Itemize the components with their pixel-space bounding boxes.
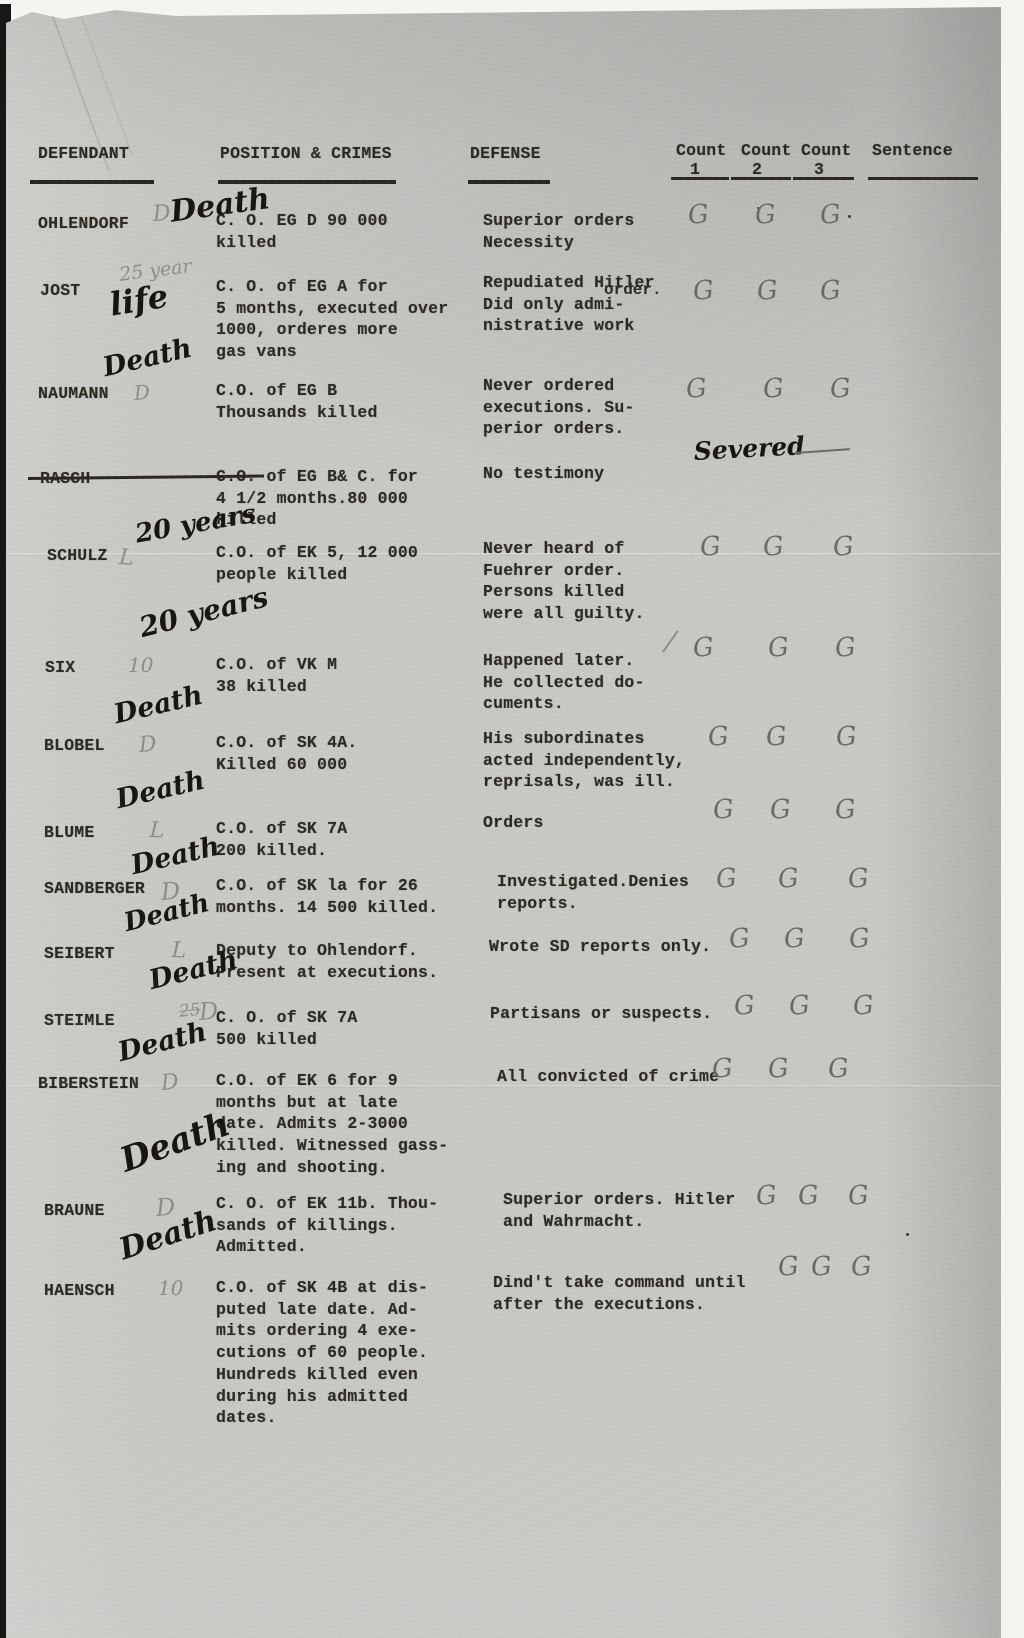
guilty-mark: G xyxy=(783,923,806,955)
position-crimes-text: Deputy to Ohlendorf. Present at executio… xyxy=(216,940,478,983)
defense-text: Dind't take command until after the exec… xyxy=(493,1272,773,1315)
defense-text: Partisans or suspects. xyxy=(490,1003,770,1025)
handwritten-annotation: L xyxy=(118,545,134,571)
defendant-name: BLOBEL xyxy=(44,735,105,757)
guilty-mark: G xyxy=(797,1180,820,1212)
guilty-mark: G xyxy=(733,990,756,1022)
paper-speck xyxy=(848,215,851,218)
guilty-mark: G xyxy=(852,990,875,1022)
handwritten-annotation: D xyxy=(138,732,157,758)
handwritten-annotation: L xyxy=(149,818,164,843)
guilty-mark: G xyxy=(777,1251,800,1283)
guilty-mark: G xyxy=(847,1180,870,1212)
defense-text: Happened later. He collected do- cuments… xyxy=(483,650,763,715)
guilty-mark: G xyxy=(777,863,800,895)
position-crimes-text: C. O. of EG A for 5 months, executed ove… xyxy=(216,276,478,363)
handwritten-annotation: Severed xyxy=(693,431,805,466)
guilty-mark: G xyxy=(707,721,730,753)
guilty-mark: G xyxy=(754,199,777,231)
handwritten-annotation: Death xyxy=(115,1016,210,1068)
column-header-position-crimes: POSITION & CRIMES xyxy=(220,143,392,165)
handwritten-annotation: D xyxy=(133,380,151,405)
defense-text: Superior orders. Hitler and Wahrmacht. xyxy=(503,1189,783,1232)
guilty-mark: G xyxy=(788,990,811,1022)
defense-text: Never ordered executions. Su- perior ord… xyxy=(483,375,763,440)
paper: DEFENDANT POSITION & CRIMES DEFENSE Coun… xyxy=(6,7,1001,1638)
typed-insert-text: order. xyxy=(604,281,662,299)
guilty-mark: G xyxy=(827,1053,850,1085)
defense-text: No testimony xyxy=(483,463,763,485)
guilty-mark: G xyxy=(769,794,792,826)
defendant-name: BIBERSTEIN xyxy=(38,1073,139,1095)
handwritten-annotation: Death xyxy=(111,680,206,730)
guilty-mark: G xyxy=(715,863,738,895)
column-header-count-1: Count xyxy=(676,140,727,162)
position-crimes-text: C. O. of SK 7A 500 killed xyxy=(216,1007,478,1050)
position-crimes-text: C.O. of EK 5, 12 000 people killed xyxy=(216,542,478,585)
defendant-name: NAUMANN xyxy=(38,383,109,405)
guilty-mark: G xyxy=(756,275,779,307)
defendant-name: STEIMLE xyxy=(44,1010,115,1032)
guilty-mark: G xyxy=(692,275,715,307)
defendant-name: SEIBERT xyxy=(44,943,115,965)
guilty-mark: G xyxy=(765,721,788,753)
position-crimes-text: C.O. of VK M 38 killed xyxy=(216,654,478,697)
position-crimes-text: C.O. of SK 4B at dis- puted late date. A… xyxy=(216,1277,478,1429)
column-header-sentence: Sentence xyxy=(872,140,953,162)
paper-speck xyxy=(906,1233,909,1236)
header-underline-defendant xyxy=(30,180,154,184)
defendant-name: SCHULZ xyxy=(47,545,108,567)
column-header-defendant: DEFENDANT xyxy=(38,143,129,165)
count-1-underline xyxy=(671,177,729,180)
document-scan: DEFENDANT POSITION & CRIMES DEFENSE Coun… xyxy=(0,0,1024,1638)
position-crimes-text: C.O. of SK 7A 200 killed. xyxy=(216,818,478,861)
guilty-mark: G xyxy=(832,531,855,563)
guilty-mark: G xyxy=(819,275,842,307)
handwritten-annotation: life xyxy=(107,277,171,324)
defense-text: Wrote SD reports only. xyxy=(489,936,769,958)
position-crimes-text: C.O. of SK 4A. Killed 60 000 xyxy=(216,732,478,775)
guilty-mark: G xyxy=(810,1251,833,1283)
guilty-mark: G xyxy=(848,923,871,955)
handwritten-annotation: Death xyxy=(100,333,195,383)
count-3-underline xyxy=(793,177,854,180)
column-header-count-2: Count xyxy=(741,140,792,162)
handwritten-annotation: 10 xyxy=(158,1276,183,1300)
sentence-underline xyxy=(868,177,978,180)
position-crimes-text: C.O. of EG B Thousands killed xyxy=(216,380,478,423)
guilty-mark: G xyxy=(728,923,751,955)
handwritten-annotation: 10 xyxy=(128,653,153,677)
guilty-mark: G xyxy=(687,199,710,231)
guilty-mark: G xyxy=(711,1053,734,1085)
guilty-mark: G xyxy=(712,794,735,826)
guilty-mark: G xyxy=(762,531,785,563)
position-crimes-text: C.O. of SK la for 26 months. 14 500 kill… xyxy=(216,875,478,918)
handwritten-annotation: Death xyxy=(128,831,223,881)
header-underline-defense xyxy=(468,180,550,184)
guilty-mark: G xyxy=(767,632,790,664)
guilty-mark: G xyxy=(819,199,842,231)
count-2-underline xyxy=(731,177,791,180)
guilty-mark: G xyxy=(699,531,722,563)
guilty-mark: G xyxy=(835,721,858,753)
guilty-mark: G xyxy=(829,373,852,405)
defendant-name: SIX xyxy=(45,657,75,679)
guilty-mark: G xyxy=(847,863,870,895)
handwritten-annotation: Death xyxy=(113,765,208,815)
handwritten-annotation: 20 years xyxy=(136,580,272,644)
guilty-mark: G xyxy=(767,1053,790,1085)
guilty-mark: G xyxy=(834,794,857,826)
position-crimes-text: C.O. of EK 6 for 9 months but at late da… xyxy=(216,1070,478,1179)
position-crimes-text: C. O. of EK 11b. Thou- sands of killings… xyxy=(216,1193,478,1258)
defendant-name: BLUME xyxy=(44,822,95,844)
defendant-name: OHLENDORF xyxy=(38,213,129,235)
guilty-mark: G xyxy=(850,1251,873,1283)
handwritten-annotation: Death xyxy=(146,944,241,996)
column-header-count-3: Count xyxy=(801,140,852,162)
fold-crease-diagonal-2 xyxy=(77,5,134,156)
guilty-mark: G xyxy=(685,373,708,405)
handwritten-annotation: D xyxy=(160,1070,179,1096)
defense-text: Superior orders Necessity xyxy=(483,210,763,253)
guilty-mark: G xyxy=(762,373,785,405)
column-header-defense: DEFENSE xyxy=(470,143,541,165)
guilty-mark: G xyxy=(755,1180,778,1212)
defendant-name: JOST xyxy=(40,280,80,302)
guilty-mark: G xyxy=(834,632,857,664)
header-underline-position xyxy=(218,180,396,184)
defendant-name: SANDBERGER xyxy=(44,878,145,900)
defense-text: All convicted of crime xyxy=(497,1066,777,1088)
guilty-mark: G xyxy=(692,632,715,664)
defendant-name: HAENSCH xyxy=(44,1280,115,1302)
defendant-name: BRAUNE xyxy=(44,1200,105,1222)
